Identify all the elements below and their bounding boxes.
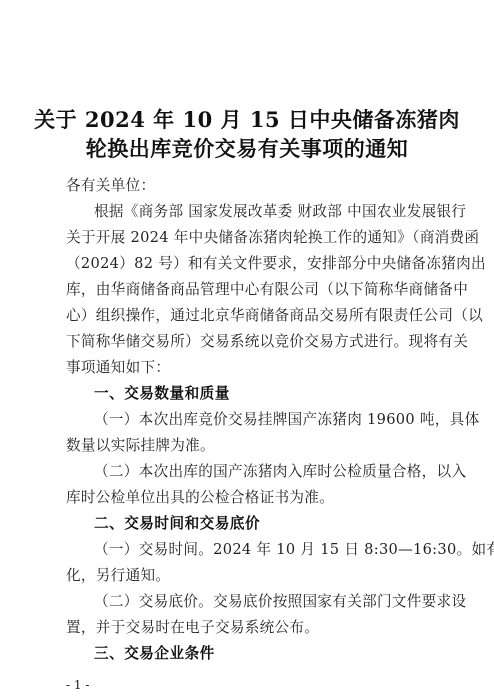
- paragraph-line: 事项通知如下：: [66, 358, 430, 378]
- salutation: 各有关单位：: [66, 176, 430, 196]
- section-heading-3: 三、交易企业条件: [94, 644, 215, 664]
- paragraph-line: （一）本次出库竞价交易挂牌国产冻猪肉 19600 吨，具体: [94, 410, 430, 430]
- paragraph-line: 根据《商务部 国家发展改革委 财政部 中国农业发展银行: [94, 202, 430, 222]
- paragraph-line: 心）组织操作，通过北京华商储备商品交易所有限责任公司（以: [66, 306, 430, 326]
- paragraph-line: 化，另行通知。: [66, 566, 430, 586]
- paragraph-line: 数量以实际挂牌为准。: [66, 436, 430, 456]
- paragraph-line: （二）交易底价。交易底价按照国家有关部门文件要求设: [94, 592, 430, 612]
- section-heading-1: 一、交易数量和质量: [94, 384, 230, 404]
- paragraph-line: （二）本次出库的国产冻猪肉入库时公检质量合格，以入: [94, 462, 430, 482]
- paragraph-line: 置，并于交易时在电子交易系统公布。: [66, 618, 430, 638]
- paragraph-line: 库时公检单位出具的公检合格证书为准。: [66, 488, 430, 508]
- section-heading-2: 二、交易时间和交易底价: [94, 514, 260, 534]
- paragraph-line: （2024）82 号）和有关文件要求，安排部分中央储备冻猪肉出: [66, 254, 430, 274]
- paragraph-line: （一）交易时间。2024 年 10 月 15 日 8:30—16:30。如有变: [94, 540, 430, 560]
- paragraph-line: 关于开展 2024 年中央储备冻猪肉轮换工作的通知》（商消费函: [66, 228, 430, 248]
- paragraph-line: 库，由华商储备商品管理中心有限公司（以下简称华商储备中: [66, 280, 430, 300]
- document-title-line-2: 轮换出库竞价交易有关事项的通知: [0, 133, 494, 163]
- page-number: - 1 -: [66, 678, 89, 692]
- paragraph-line: 下简称华储交易所）交易系统以竞价交易方式进行。现将有关: [66, 332, 430, 352]
- document-title-line-1: 关于 2024 年 10 月 15 日中央储备冻猪肉: [0, 104, 494, 134]
